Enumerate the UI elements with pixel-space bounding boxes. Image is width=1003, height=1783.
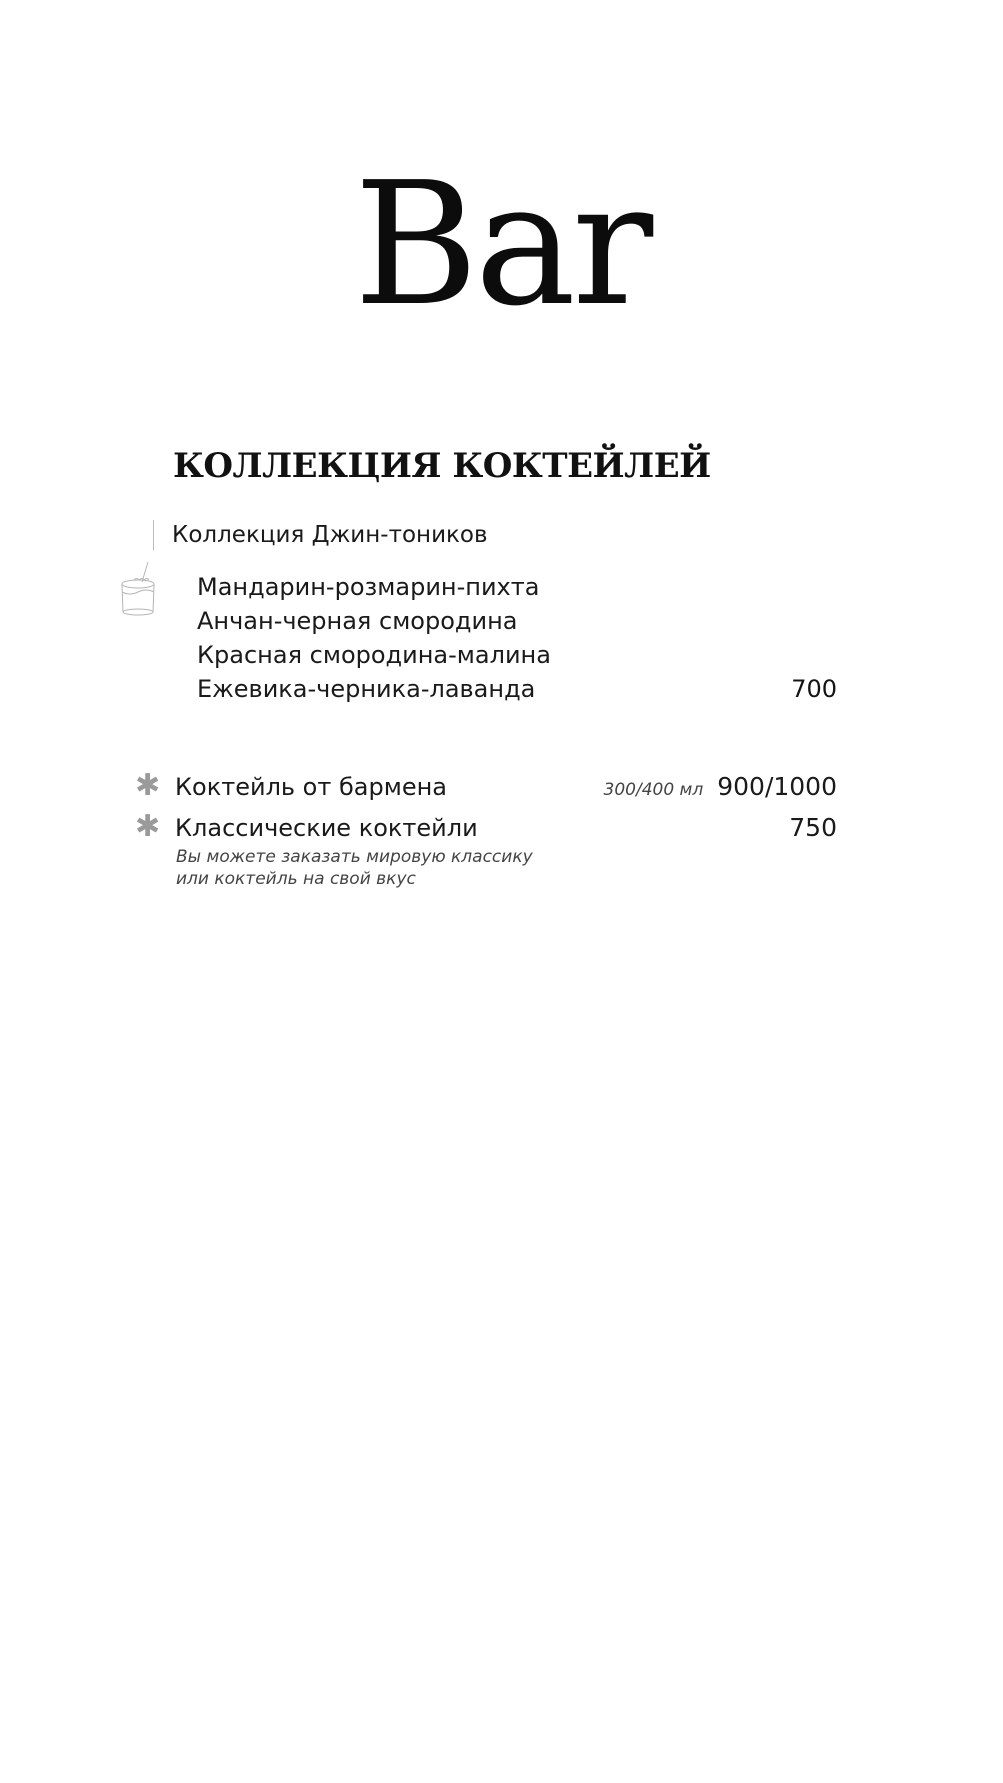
page-title: Bar (0, 160, 1003, 330)
item-volume: 300/400 мл (604, 780, 704, 800)
asterisk-icon: ✱ (135, 768, 175, 803)
classic-note-line: Вы можете заказать мировую классику (176, 846, 533, 868)
gin-tonic-price: 700 (791, 672, 837, 706)
section-title: КОЛЛЕКЦИЯ КОКТЕЙЛЕЙ (173, 446, 711, 486)
item-name: Классические коктейли (175, 814, 775, 842)
gin-tonic-heading: Коллекция Джин-тоников (153, 520, 488, 550)
classic-note: Вы можете заказать мировую классику или … (176, 846, 533, 890)
item-price: 900/1000 (717, 772, 837, 801)
menu-item-classic-cocktails: ✱ Классические коктейли 750 (135, 809, 837, 844)
list-item: Ежевика-черника-лаванда (197, 672, 837, 706)
item-name: Коктейль от бармена (175, 773, 604, 801)
gin-glass-icon (120, 560, 160, 618)
gin-tonic-list: Мандарин-розмарин-пихта Анчан-черная смо… (197, 570, 837, 706)
asterisk-icon: ✱ (135, 809, 175, 844)
menu-item-bartender-cocktail: ✱ Коктейль от бармена 300/400 мл 900/100… (135, 768, 837, 803)
list-item: Красная смородина-малина (197, 638, 837, 672)
gin-tonic-heading-label: Коллекция Джин-тоников (172, 522, 488, 548)
list-item: Анчан-черная смородина (197, 604, 837, 638)
list-item: Мандарин-розмарин-пихта (197, 570, 837, 604)
classic-note-line: или коктейль на свой вкус (176, 868, 533, 890)
divider (153, 520, 154, 550)
item-price: 750 (789, 813, 837, 842)
